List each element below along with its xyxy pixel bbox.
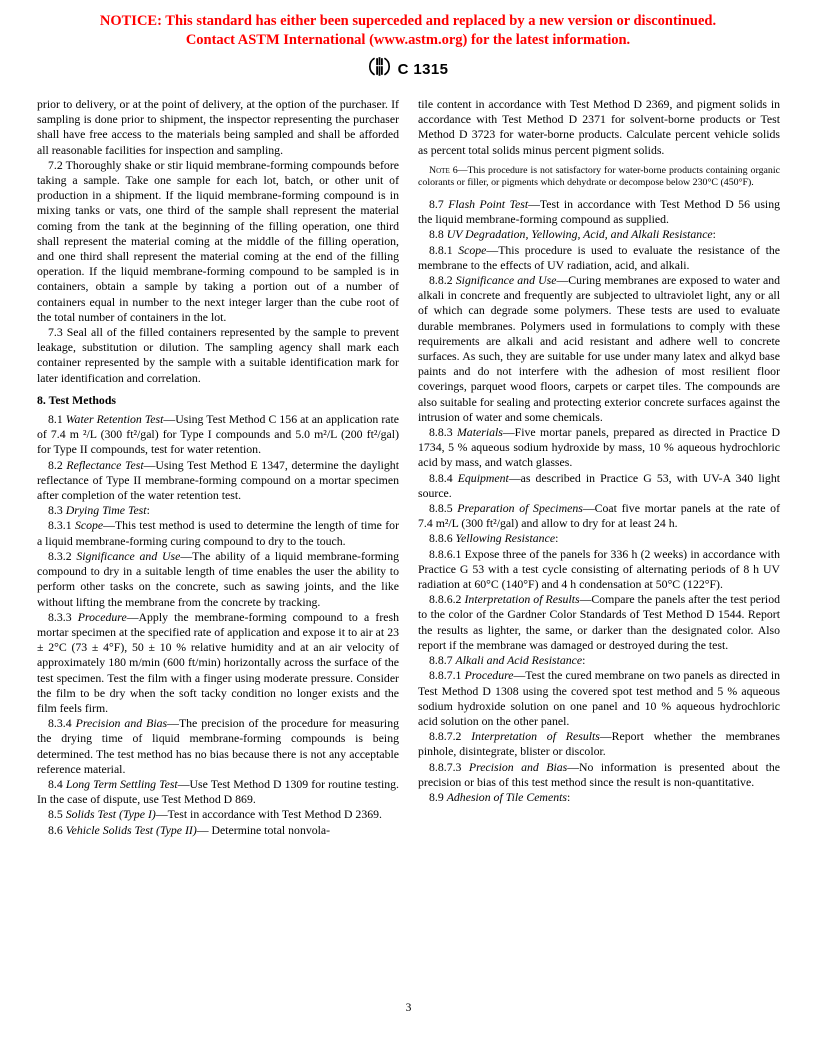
two-column-body: prior to delivery, or at the point of de… — [0, 97, 816, 838]
column-right: tile content in accordance with Test Met… — [418, 97, 780, 838]
paragraph: 8.8.4 Equipment—as described in Practice… — [418, 471, 780, 501]
paragraph: 8.8.7 Alkali and Acid Resistance: — [418, 653, 780, 668]
paragraph: 8.8.5 Preparation of Specimens—Coat five… — [418, 501, 780, 531]
paragraph: 8.8.6.2 Interpretation of Results—Compar… — [418, 592, 780, 653]
paragraph: tile content in accordance with Test Met… — [418, 97, 780, 158]
discontinuation-notice: NOTICE: This standard has either been su… — [0, 0, 816, 50]
paragraph: 8.3.4 Precision and Bias—The precision o… — [37, 716, 399, 777]
paragraph: 8.1 Water Retention Test—Using Test Meth… — [37, 412, 399, 458]
standard-designation: C 1315 — [398, 61, 449, 78]
paragraph: 7.2 Thoroughly shake or stir liquid memb… — [37, 158, 399, 325]
column-left: prior to delivery, or at the point of de… — [37, 97, 399, 838]
paragraph: 8.8.7.3 Precision and Bias—No informatio… — [418, 760, 780, 790]
paragraph: 8.3.2 Significance and Use—The ability o… — [37, 549, 399, 610]
paragraph: 8.4 Long Term Settling Test—Use Test Met… — [37, 777, 399, 807]
paragraph: 8.3.3 Procedure—Apply the membrane-formi… — [37, 610, 399, 716]
page-footer: 3 — [37, 1002, 780, 1014]
paragraph: 8.8.6 Yellowing Resistance: — [418, 531, 780, 546]
paragraph: 8.8.3 Materials—Five mortar panels, prep… — [418, 425, 780, 471]
paragraph: 8.8.2 Significance and Use—Curing membra… — [418, 273, 780, 425]
astm-logo-icon — [368, 57, 391, 81]
paragraph: 8.8.7.1 Procedure—Test the cured membran… — [418, 668, 780, 729]
paragraph: 8.5 Solids Test (Type I)—Test in accorda… — [37, 807, 399, 822]
notice-line-1: NOTICE: This standard has either been su… — [0, 12, 816, 31]
paragraph: 8.6 Vehicle Solids Test (Type II)— Deter… — [37, 823, 399, 838]
document-page: NOTICE: This standard has either been su… — [0, 0, 816, 1056]
paragraph: 8.8.6.1 Expose three of the panels for 3… — [418, 547, 780, 593]
paragraph: 8.9 Adhesion of Tile Cements: — [418, 790, 780, 805]
paragraph: 7.3 Seal all of the filled containers re… — [37, 325, 399, 386]
paragraph: 8.8.1 Scope—This procedure is used to ev… — [418, 243, 780, 273]
designation-row: C 1315 — [0, 57, 816, 81]
paragraph: prior to delivery, or at the point of de… — [37, 97, 399, 158]
paragraph: 8.2 Reflectance Test—Using Test Method E… — [37, 458, 399, 504]
page-number: 3 — [406, 1002, 412, 1014]
paragraph: 8.8 UV Degradation, Yellowing, Acid, and… — [418, 227, 780, 242]
notice-line-2: Contact ASTM International (www.astm.org… — [0, 31, 816, 50]
note-paragraph: Note 6—This procedure is not satisfactor… — [418, 165, 780, 190]
paragraph: 8.3 Drying Time Test: — [37, 503, 399, 518]
section-heading: 8. Test Methods — [37, 393, 399, 408]
paragraph: 8.8.7.2 Interpretation of Results—Report… — [418, 729, 780, 759]
paragraph: 8.7 Flash Point Test—Test in accordance … — [418, 197, 780, 227]
paragraph: 8.3.1 Scope—This test method is used to … — [37, 518, 399, 548]
